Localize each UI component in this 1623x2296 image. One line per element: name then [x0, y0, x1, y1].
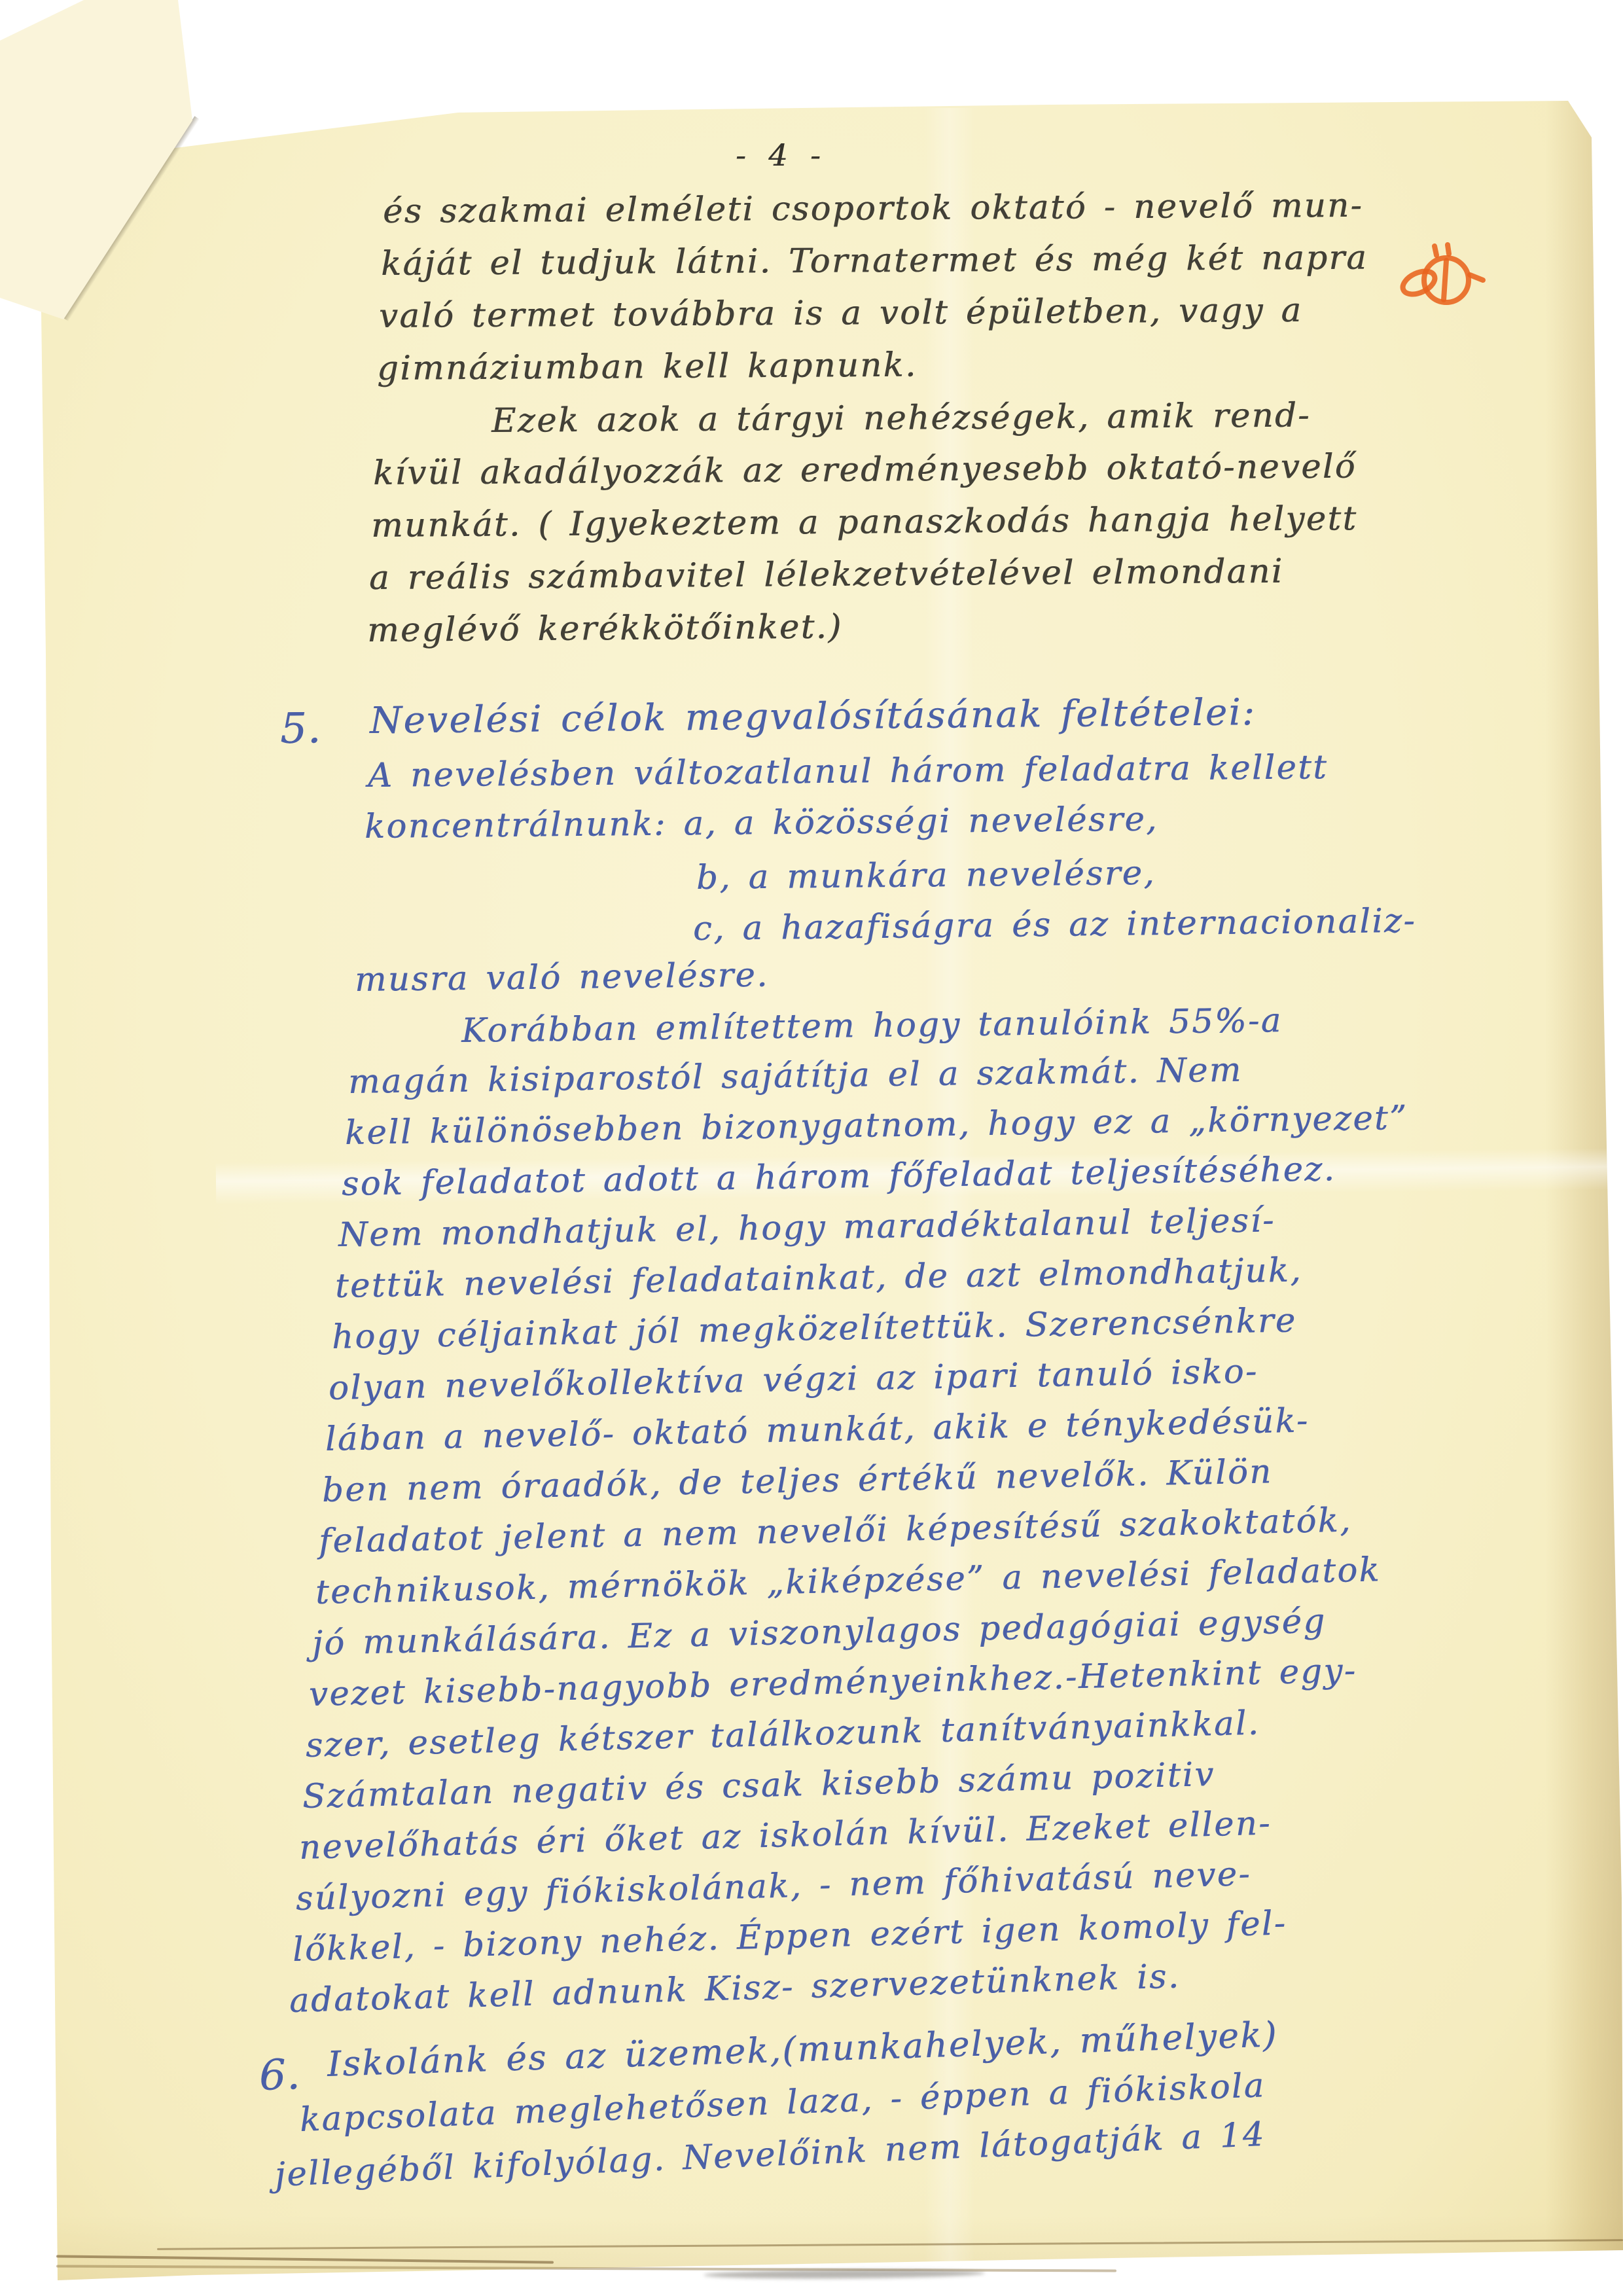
handwritten-line: hogy céljainkat jól megközelítettük. Sze… — [332, 1304, 1297, 1354]
handwritten-line: lőkkel, - bizony nehéz. Éppen ezért igen… — [292, 1907, 1287, 1967]
handwriting-layer: és szakmai elméleti csoportok oktató - n… — [0, 0, 1623, 2296]
handwritten-line: Ezek azok a tárgyi nehézségek, amik rend… — [491, 399, 1311, 438]
handwritten-line: koncentrálnunk: a, a közösségi nevelésre… — [365, 802, 1158, 844]
bottom-edge-smudge — [704, 2269, 985, 2279]
handwritten-line: olyan nevelőkollektíva végzi az ipari ta… — [329, 1355, 1259, 1405]
handwritten-line: jellegéből kifolyólag. Nevelőink nem lát… — [274, 2118, 1266, 2192]
handwritten-line: c, a hazafiságra és az internacionaliz- — [693, 905, 1417, 946]
handwritten-line: vezet kisebb-nagyobb eredményeinkhez.-He… — [308, 1654, 1357, 1712]
handwritten-line: kapcsolata meglehetősen laza, - éppen a … — [299, 2069, 1266, 2137]
handwritten-line: kívül akadályozzák az eredményesebb okta… — [373, 450, 1357, 490]
handwritten-line: magán kisiparostól sajátítja el a szakmá… — [348, 1054, 1243, 1099]
bottom-page-edge-line — [56, 2255, 554, 2263]
bottom-page-edge-line — [56, 2265, 1116, 2272]
vertical-crease — [924, 108, 975, 2274]
orange-stamp-icon — [1393, 237, 1491, 315]
handwritten-line: súlyozni egy fiókiskolának, - nem főhiva… — [295, 1857, 1251, 1916]
handwritten-line: Nevelési célok megvalósításának feltétel… — [370, 694, 1257, 740]
handwritten-line: Számtalan negativ és csak kisebb számu p… — [302, 1758, 1215, 1814]
handwritten-line: meglévő kerékkötőinket.) — [367, 611, 843, 647]
bottom-page-edge-line — [157, 2239, 1623, 2250]
handwritten-line: a reális számbavitel lélekzetvételével e… — [369, 555, 1284, 595]
handwritten-line: Korábban említettem hogy tanulóink 55%-a — [461, 1004, 1283, 1048]
handwritten-line: A nevelésben változatlanul három feladat… — [368, 751, 1329, 793]
handwritten-line: sok feladatot adott a három főfeladat te… — [342, 1153, 1336, 1201]
handwritten-line: feladatot jelent a nem nevelői képesítés… — [318, 1504, 1352, 1558]
handwritten-line: való termet továbbra is a volt épületben… — [379, 294, 1303, 333]
section-5-number: 5. — [280, 708, 322, 750]
folded-corner-shadow — [63, 116, 200, 321]
scanned-page: - 4 - és szakmai elméleti csoportok okta… — [0, 0, 1623, 2296]
page-number: - 4 - — [736, 137, 827, 173]
section-6-number: 6. — [259, 2054, 301, 2097]
handwritten-line: Nem mondhatjuk el, hogy maradéktalanul t… — [338, 1204, 1276, 1252]
paper-sheet — [0, 0, 1623, 2296]
handwritten-line: kell különösebben bizonygatnom, hogy ez … — [345, 1102, 1408, 1150]
handwritten-line: nevelőhatás éri őket az iskolán kívül. E… — [298, 1807, 1272, 1865]
handwritten-line: technikusok, mérnökök „kiképzése” a neve… — [315, 1553, 1381, 1609]
handwritten-line: ben nem óraadók, de teljes értékű nevelő… — [321, 1455, 1272, 1507]
handwritten-line: káját el tudjuk látni. Tornatermet és mé… — [381, 242, 1368, 281]
folded-corner — [0, 0, 1623, 2296]
handwritten-line: tettük nevelési feladatainkat, de azt el… — [335, 1253, 1303, 1302]
handwritten-line: musra való nevelésre. — [355, 958, 769, 997]
handwritten-line: Iskolánk és az üzemek,(munkahelyek, műhe… — [327, 2017, 1278, 2082]
handwritten-line: jó munkálására. Ez a viszonylagos pedagó… — [312, 1605, 1327, 1660]
handwritten-line: b, a munkára nevelésre, — [696, 857, 1156, 895]
handwritten-line: lában a nevelő- oktató munkát, akik e té… — [325, 1405, 1310, 1456]
handwritten-line: és szakmai elméleti csoportok oktató - n… — [383, 189, 1363, 228]
handwritten-line: adatokat kell adnunk Kisz- szervezetünkn… — [289, 1960, 1181, 2018]
horizontal-crease — [216, 1148, 1623, 1205]
handwritten-line: gimnáziumban kell kapnunk. — [377, 349, 918, 386]
handwritten-line: szer, esetleg kétszer találkozunk tanítv… — [305, 1707, 1260, 1763]
handwritten-line: munkát. ( Igyekeztem a panaszkodás hangj… — [371, 502, 1358, 543]
